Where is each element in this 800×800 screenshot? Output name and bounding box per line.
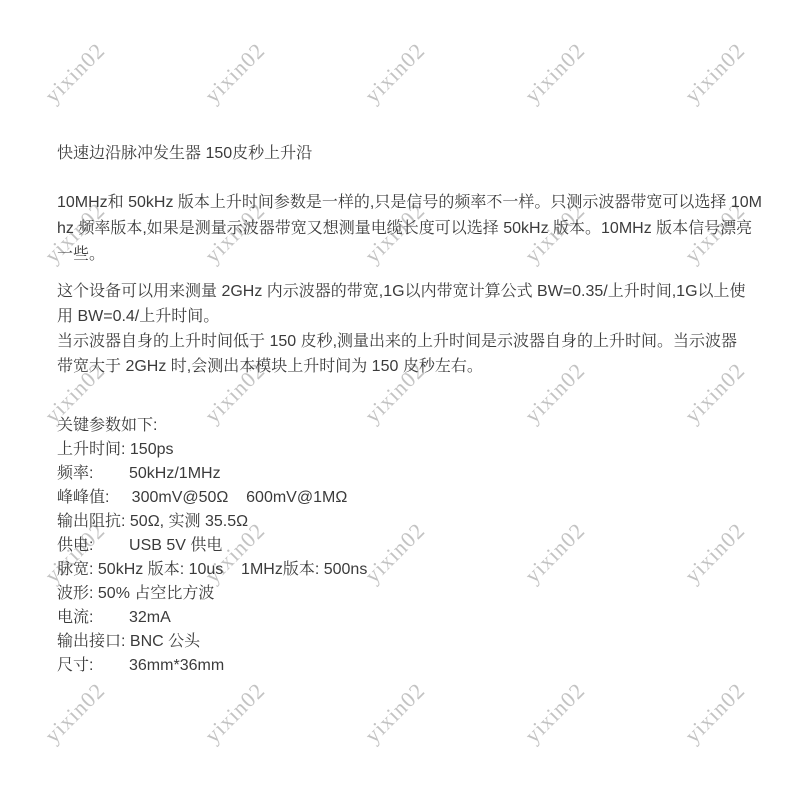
spec-line-peak-to-peak: 峰峰值: 300mV@50Ω 600mV@1MΩ bbox=[57, 486, 367, 510]
spec-line-rise-time: 上升时间: 150ps bbox=[57, 438, 367, 462]
spec-line-output-impedance: 输出阻抗: 50Ω, 实测 35.5Ω bbox=[57, 510, 367, 534]
specs-heading: 关键参数如下: bbox=[57, 414, 367, 438]
text-line: 这个设备可以用来测量 2GHz 内示波器的带宽,1G以内带宽计算公式 BW=0.… bbox=[57, 279, 746, 304]
spec-line-pulse-width: 脉宽: 50kHz 版本: 10us 1MHz版本: 500ns bbox=[57, 558, 367, 582]
spec-line-power: 供电: USB 5V 供电 bbox=[57, 534, 367, 558]
usage-paragraph: 这个设备可以用来测量 2GHz 内示波器的带宽,1G以内带宽计算公式 BW=0.… bbox=[57, 279, 746, 379]
watermark-text: yixin02 bbox=[200, 38, 271, 109]
spec-line-frequency: 频率: 50kHz/1MHz bbox=[57, 462, 367, 486]
text-line: 当示波器自身的上升时间低于 150 皮秒,测量出来的上升时间是示波器自身的上升时… bbox=[57, 329, 746, 354]
text-line: 用 BW=0.4/上升时间。 bbox=[57, 304, 746, 329]
watermark-text: yixin02 bbox=[40, 678, 111, 749]
text-line: 10MHz和 50kHz 版本上升时间参数是一样的,只是信号的频率不一样。只测示… bbox=[57, 190, 762, 216]
specs-section: 关键参数如下: 上升时间: 150ps 频率: 50kHz/1MHz 峰峰值: … bbox=[57, 414, 367, 678]
watermark-text: yixin02 bbox=[360, 38, 431, 109]
watermark-text: yixin02 bbox=[360, 518, 431, 589]
watermark-text: yixin02 bbox=[680, 678, 751, 749]
product-title: 快速边沿脉冲发生器 150皮秒上升沿 bbox=[57, 141, 312, 167]
text-line: 带宽大于 2GHz 时,会测出本模块上升时间为 150 皮秒左右。 bbox=[57, 354, 746, 379]
watermark-text: yixin02 bbox=[200, 678, 271, 749]
intro-paragraph: 10MHz和 50kHz 版本上升时间参数是一样的,只是信号的频率不一样。只测示… bbox=[57, 190, 762, 268]
page-root: { "watermark": { "text": "yixin02", "col… bbox=[0, 0, 800, 800]
watermark-text: yixin02 bbox=[40, 38, 111, 109]
text-line: 一些。 bbox=[57, 242, 762, 268]
watermark-layer: yixin02yixin02yixin02yixin02yixin02yixin… bbox=[0, 0, 800, 800]
spec-line-waveform: 波形: 50% 占空比方波 bbox=[57, 582, 367, 606]
watermark-text: yixin02 bbox=[520, 678, 591, 749]
text-line: hz 频率版本,如果是测量示波器带宽又想测量电缆长度可以选择 50kHz 版本。… bbox=[57, 216, 762, 242]
watermark-text: yixin02 bbox=[520, 38, 591, 109]
watermark-text: yixin02 bbox=[680, 518, 751, 589]
spec-line-output-connector: 输出接口: BNC 公头 bbox=[57, 630, 367, 654]
watermark-text: yixin02 bbox=[520, 518, 591, 589]
spec-line-current: 电流: 32mA bbox=[57, 606, 367, 630]
spec-line-dimensions: 尺寸: 36mm*36mm bbox=[57, 654, 367, 678]
watermark-text: yixin02 bbox=[680, 38, 751, 109]
watermark-text: yixin02 bbox=[360, 678, 431, 749]
